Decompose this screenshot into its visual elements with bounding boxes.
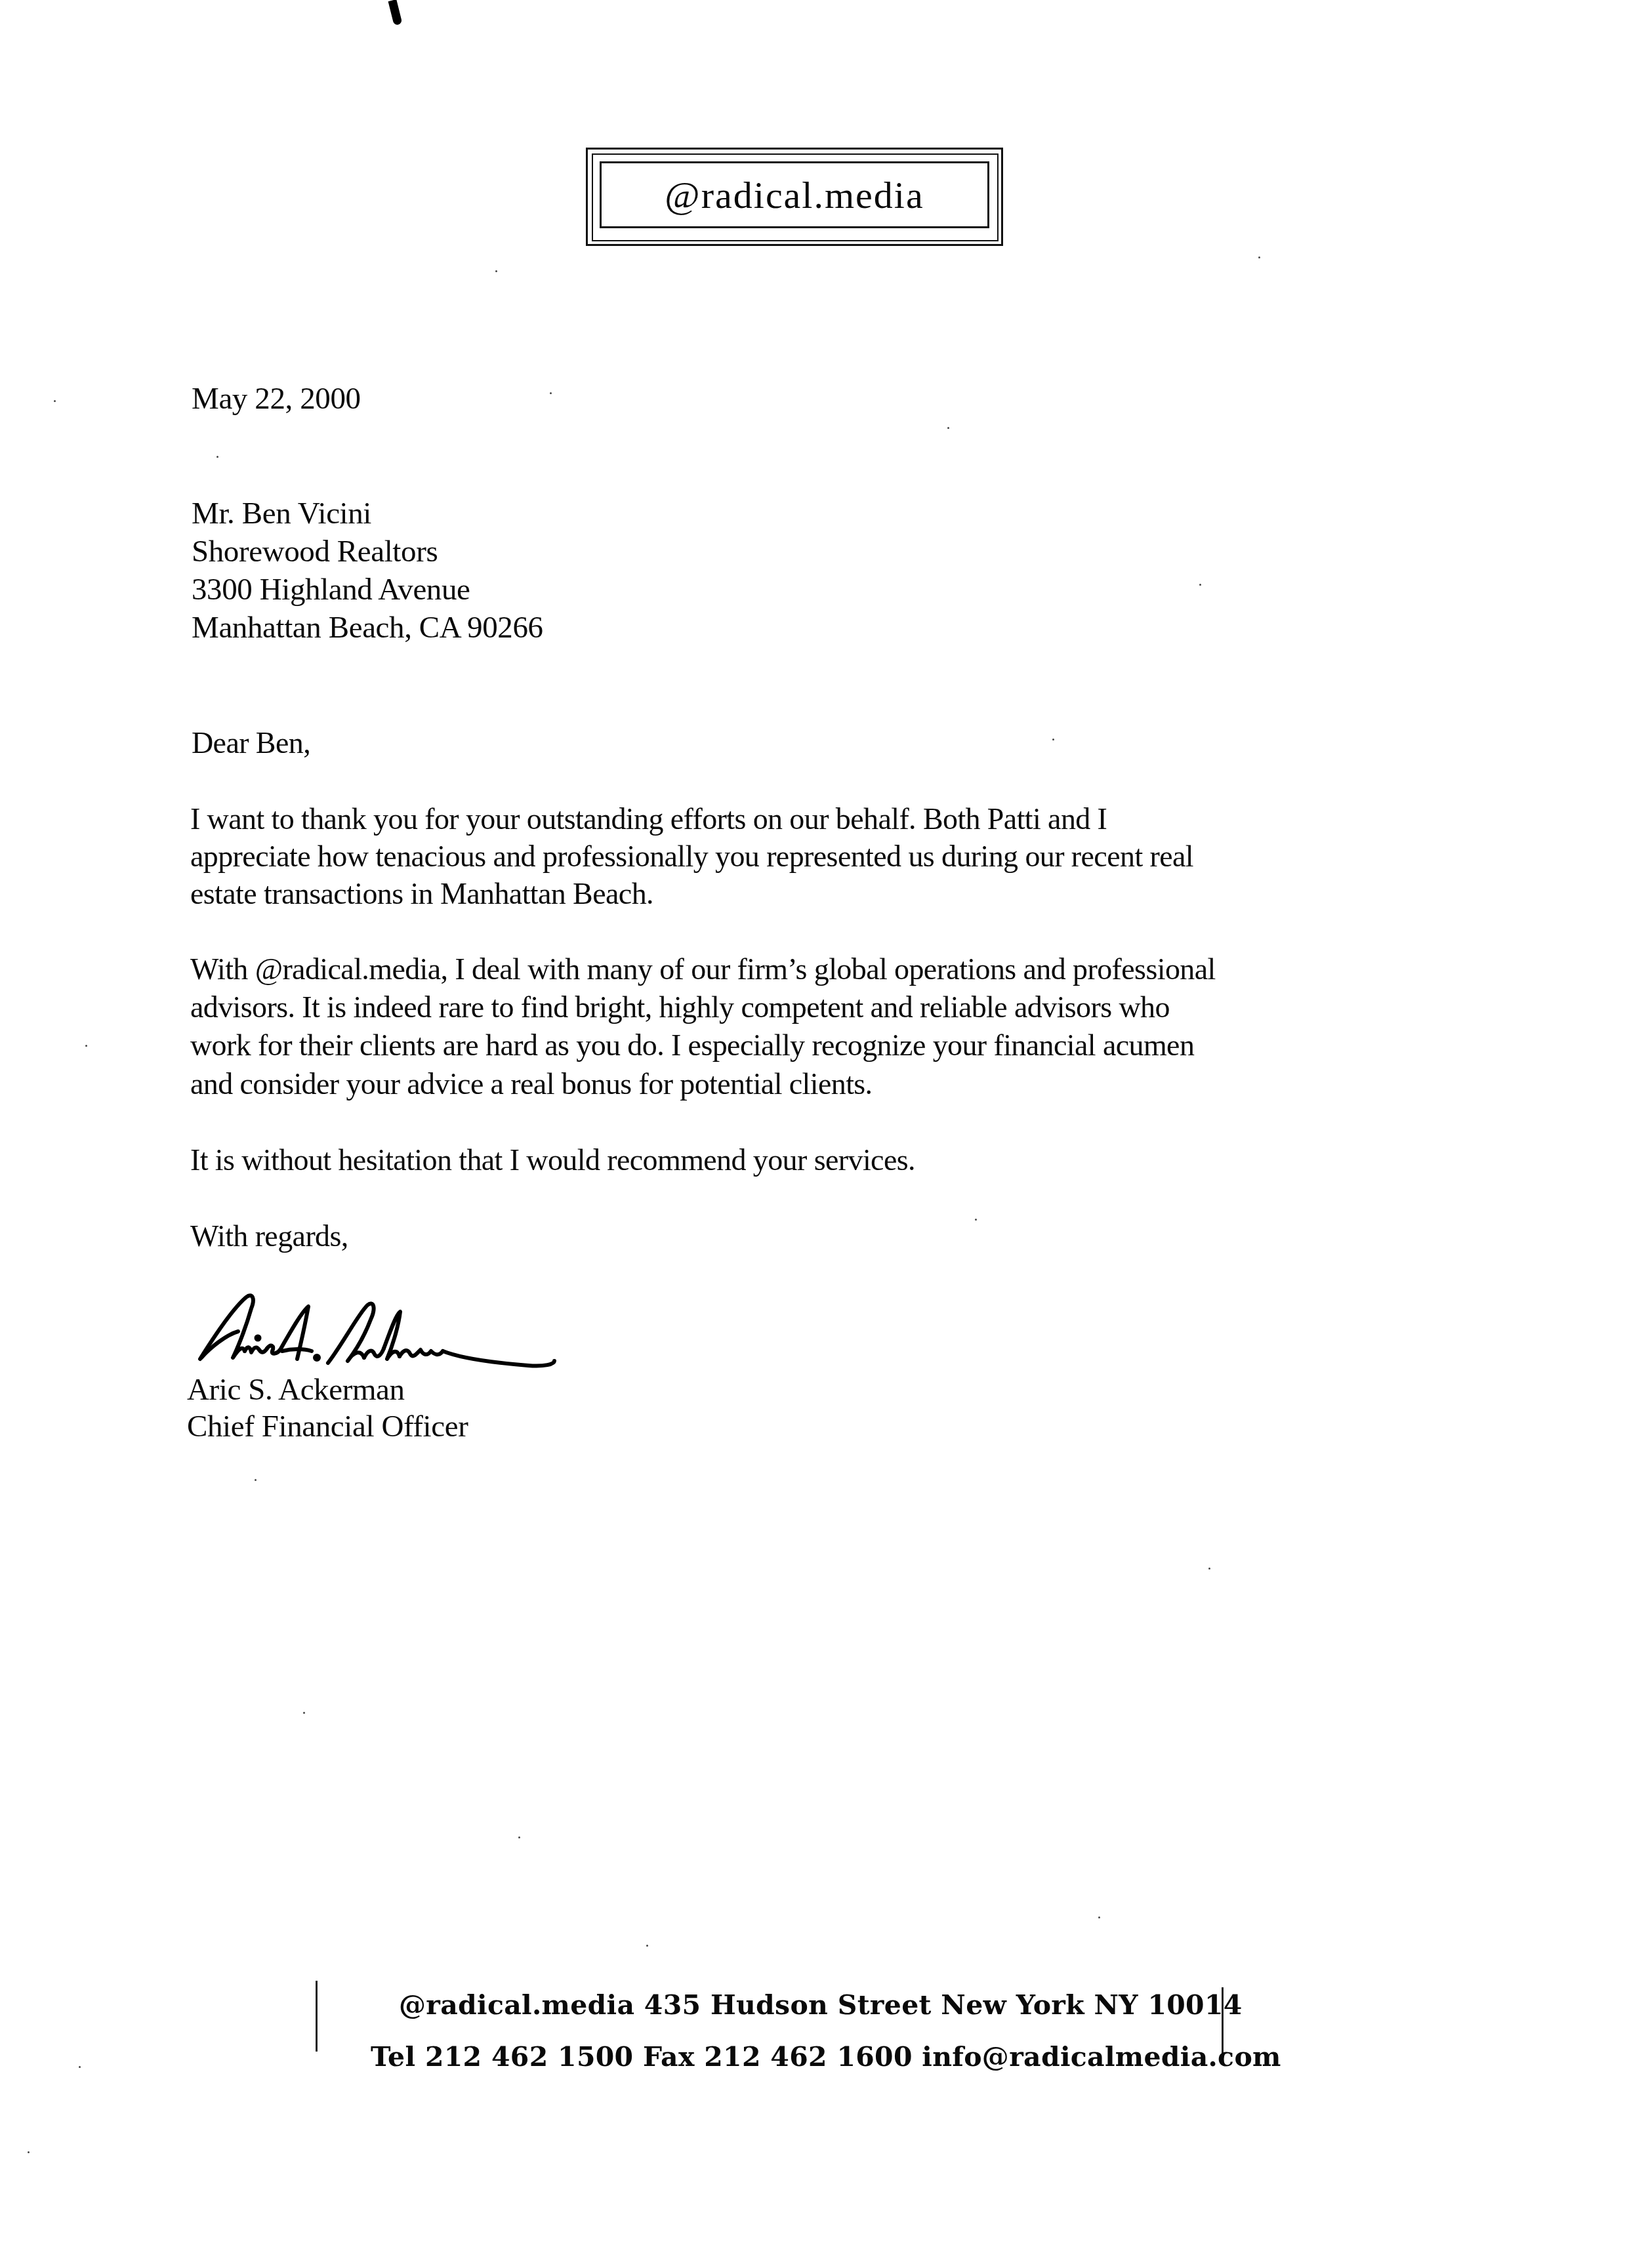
recipient-street: 3300 Highland Avenue xyxy=(192,575,470,605)
speck xyxy=(303,1712,305,1714)
speck xyxy=(1199,584,1201,586)
closing: With regards, xyxy=(190,1221,348,1251)
letterhead-logo: @radical.media xyxy=(586,148,1003,246)
logo-inner-frame: @radical.media xyxy=(600,161,989,228)
logo-text: @radical.media xyxy=(665,173,924,217)
letter-date: May 22, 2000 xyxy=(192,384,361,415)
recipient-name: Mr. Ben Vicini xyxy=(192,498,371,529)
scan-mark xyxy=(388,0,403,26)
speck xyxy=(216,456,218,458)
speck xyxy=(975,1219,977,1221)
signer-title: Chief Financial Officer xyxy=(187,1411,468,1442)
paragraph-line: With @radical.media, I deal with many of… xyxy=(190,954,1216,984)
footer-address: @radical.media 435 Hudson Street New Yor… xyxy=(399,1989,1243,2021)
recipient-company: Shorewood Realtors xyxy=(192,537,438,567)
speck xyxy=(1052,739,1054,740)
speck xyxy=(495,270,497,272)
speck xyxy=(54,400,56,402)
paragraph-line: and consider your advice a real bonus fo… xyxy=(190,1069,873,1099)
paragraph-line: I want to thank you for your outstanding… xyxy=(190,804,1107,834)
speck xyxy=(255,1479,257,1481)
footer-divider-left xyxy=(316,1981,318,2052)
paragraph-line: estate transactions in Manhattan Beach. xyxy=(190,879,653,909)
speck xyxy=(646,1945,648,1947)
paragraph-line: work for their clients are hard as you d… xyxy=(190,1030,1194,1061)
speck xyxy=(79,2066,81,2068)
footer-contact: Tel 212 462 1500 Fax 212 462 1600 info@r… xyxy=(371,2041,1281,2073)
paragraph-line: appreciate how tenacious and professiona… xyxy=(190,841,1193,872)
speck xyxy=(85,1045,87,1047)
speck xyxy=(518,1836,520,1838)
speck xyxy=(1258,256,1260,258)
salutation: Dear Ben, xyxy=(192,728,310,758)
signer-name: Aric S. Ackerman xyxy=(187,1375,405,1406)
speck xyxy=(28,2151,30,2153)
handwritten-signature-icon xyxy=(187,1286,567,1384)
speck xyxy=(1208,1568,1210,1569)
recipient-city-state-zip: Manhattan Beach, CA 90266 xyxy=(192,613,543,643)
paragraph-line: advisors. It is indeed rare to find brig… xyxy=(190,992,1170,1023)
speck xyxy=(947,427,949,429)
paragraph-line: It is without hesitation that I would re… xyxy=(190,1145,915,1175)
speck xyxy=(1098,1916,1100,1918)
speck xyxy=(550,392,552,394)
